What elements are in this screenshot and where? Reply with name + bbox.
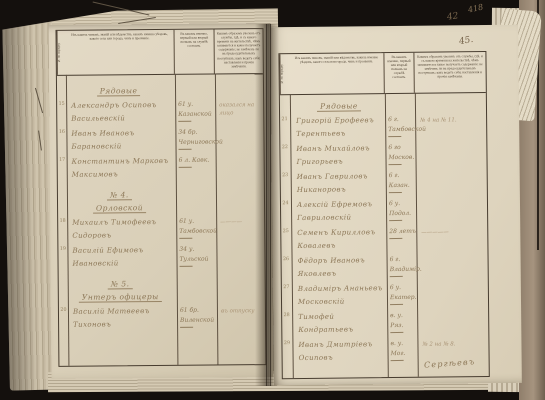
entry-name: Алексій Ефремовъ Гавриловскій <box>297 198 383 224</box>
ledger-entry: 15 Александръ Осиповъ Васильевскій 61 у.… <box>57 98 263 126</box>
folio-number-flourish: 418 <box>467 3 484 15</box>
section-heading: Орловской <box>72 203 167 213</box>
section-heading: № 5. <box>73 279 168 289</box>
entry-number: 20 <box>59 308 68 313</box>
entry-service: 34 бр. Черниговской <box>178 128 213 150</box>
entry-block: Рядовые 15 Александръ Осиповъ Васильевск… <box>57 85 264 182</box>
archival-book-scan: № по порядку Изъ какихъ чиновъ, званій и… <box>0 0 545 400</box>
ledger-entry: 24 Алексій Ефремовъ Гавриловскій 6 у. По… <box>281 197 487 225</box>
header-col-origin: Изъ какихъ чиновъ, званій или вѣдомствъ,… <box>289 53 384 94</box>
entry-service: в. у. Ряз. <box>390 311 417 333</box>
entry-name: Василій Ефимовъ Ивановскій <box>72 244 170 270</box>
folio-number: 42 <box>446 11 459 22</box>
entry-service: 61 бр. Виленской <box>180 306 215 328</box>
entry-number: 16 <box>57 130 66 135</box>
entry-number: 26 <box>282 257 291 262</box>
entry-name: Константинъ Марковъ Максимовъ <box>72 155 170 181</box>
section-heading: Рядовые <box>296 101 382 111</box>
ledger-entry: 17 Константинъ Марковъ Максимовъ 6 л. Ка… <box>58 154 264 182</box>
right-page: № по порядку Изъ какихъ чиновъ, званій и… <box>270 25 522 386</box>
entry-name: Григорій Ерофеевъ Терентьевъ <box>296 114 382 140</box>
entry-number: 28 <box>282 313 291 318</box>
entry-number: 17 <box>58 158 67 163</box>
entry-name: Иванъ Михайловъ Григорьевъ <box>296 142 382 168</box>
entry-number: 19 <box>58 247 67 252</box>
entry-number: 18 <box>58 219 67 224</box>
entry-name: Иванъ Дмитріевъ Осиповъ <box>298 338 384 364</box>
entry-name: Иванъ Ивановъ Барановскій <box>71 127 169 153</box>
header-col-index: № по порядку <box>57 31 66 75</box>
entry-name: Иванъ Гавриловъ Никаноровъ <box>297 170 383 196</box>
ledger-entry: 19 Василій Ефимовъ Ивановскій 34 у. Туль… <box>58 243 264 271</box>
entry-remark <box>422 312 484 313</box>
ledger-entry: 16 Иванъ Ивановъ Барановскій 34 бр. Черн… <box>57 126 263 154</box>
right-table-header: № по порядку Изъ какихъ чиновъ, званій и… <box>279 52 485 95</box>
entry-service: 6 л. Кавк. <box>179 156 214 168</box>
header-col-remarks: Какимъ образомъ уволенъ отъ службы, гдѣ,… <box>414 52 485 93</box>
entry-name: Владиміръ Ананьевъ Московскій <box>298 282 384 308</box>
entry-name: Тимофей Кондратьевъ <box>298 310 384 336</box>
book-gutter-shadow <box>255 24 279 386</box>
ledger-entry: 26 Фёдоръ Ивановъ Яковлевъ 6 г. Владимір… <box>282 253 488 281</box>
ledger-entry: 22 Иванъ Михайловъ Григорьевъ 6 го Моско… <box>280 141 486 169</box>
left-table-header: № по порядку Изъ какихъ чиновъ, званій и… <box>57 29 263 76</box>
entry-remark: ————— <box>421 228 483 237</box>
entry-service: 6 у. Екатер. <box>390 283 417 305</box>
entry-name: Семенъ Кирилловъ Ковалевъ <box>297 226 383 252</box>
entry-name: Михаилъ Тимофеевъ Сидоровъ <box>72 216 170 242</box>
entry-service: 34 у. Тульской <box>179 245 214 267</box>
header-col-service: Въ какомъ именно, первый или вторый полк… <box>175 30 215 74</box>
ledger-entry: 25 Семенъ Кирилловъ Ковалевъ 28 летъ ———… <box>281 225 487 253</box>
ledger-entry: 23 Иванъ Гавриловъ Никаноровъ 6 г. Казан… <box>281 169 487 197</box>
entry-service: 28 летъ <box>389 227 416 239</box>
right-table-body: Рядовые 21 Григорій Ерофеевъ Терентьевъ … <box>280 94 489 378</box>
ledger-entry: 28 Тимофей Кондратьевъ в. у. Ряз. <box>282 309 488 337</box>
entry-remark <box>422 284 484 285</box>
entry-block: № 4.Орловской 18 Михаилъ Тимофеевъ Сидор… <box>58 189 265 271</box>
entry-service: 6 г. Владимір. <box>390 255 417 277</box>
left-table-body: Рядовые 15 Александръ Осиповъ Васильевск… <box>57 75 266 366</box>
entry-block: Рядовые 21 Григорій Ерофеевъ Терентьевъ … <box>280 100 489 365</box>
entry-service: 6 у. Подол. <box>389 199 416 221</box>
entry-remark <box>422 256 484 257</box>
entry-number: 24 <box>281 201 290 206</box>
entry-number: 22 <box>280 145 289 150</box>
entry-number: 23 <box>281 173 290 178</box>
ledger-entry: 21 Григорій Ерофеевъ Терентьевъ 6 г. Там… <box>280 113 486 141</box>
left-page: № по порядку Изъ какихъ чиновъ, званій и… <box>48 23 273 379</box>
entry-service: 6 г. Тамбовской <box>388 115 415 137</box>
entry-block: № 5.Унтеръ офицеры 20 Василій Матвеевъ Т… <box>59 278 265 332</box>
entry-service: 6 г. Казан. <box>389 171 416 193</box>
entry-remark <box>421 172 483 173</box>
entry-service: 6 го Москов. <box>388 143 415 165</box>
right-table: № по порядку Изъ какихъ чиновъ, званій и… <box>278 51 489 379</box>
section-heading: Унтеръ офицеры <box>73 292 168 302</box>
entry-number: 15 <box>57 102 66 107</box>
left-table: № по порядку Изъ какихъ чиновъ, званій и… <box>56 28 267 367</box>
entry-name: Фёдоръ Ивановъ Яковлевъ <box>298 254 384 280</box>
ledger-entry: 20 Василій Матвеевъ Тихоновъ 61 бр. Виле… <box>59 304 265 332</box>
ledger-entry: 27 Владиміръ Ананьевъ Московскій 6 у. Ек… <box>282 281 488 309</box>
entry-remark <box>421 200 483 201</box>
entry-remark <box>420 144 482 145</box>
entry-service: 61 у. Казанской <box>178 100 213 122</box>
section-heading: Рядовые <box>71 86 166 96</box>
entry-service: в. у. Мог. <box>390 339 417 361</box>
entry-remark: № 2 на № 8. <box>422 340 484 349</box>
entry-number: 29 <box>282 341 291 346</box>
entry-number: 27 <box>282 285 291 290</box>
entry-number: 25 <box>281 229 290 234</box>
ledger-entry: 18 Михаилъ Тимофеевъ Сидоровъ 61 у. Тамб… <box>58 215 264 243</box>
header-col-index: № по порядку <box>279 54 289 94</box>
entry-service: 61 у. Тамбовской <box>179 217 214 239</box>
entry-number: 21 <box>280 117 289 122</box>
header-col-service: Въ какомъ именно, первый или вторый полк… <box>384 53 414 93</box>
header-col-origin: Изъ какихъ чиновъ, званій или вѣдомствъ,… <box>66 30 175 75</box>
section-heading: № 4. <box>72 190 167 200</box>
entry-name: Александръ Осиповъ Васильевскій <box>71 99 169 125</box>
entry-name: Василій Матвеевъ Тихоновъ <box>73 305 171 331</box>
entry-remark: № 4 на № 11. <box>420 116 482 125</box>
